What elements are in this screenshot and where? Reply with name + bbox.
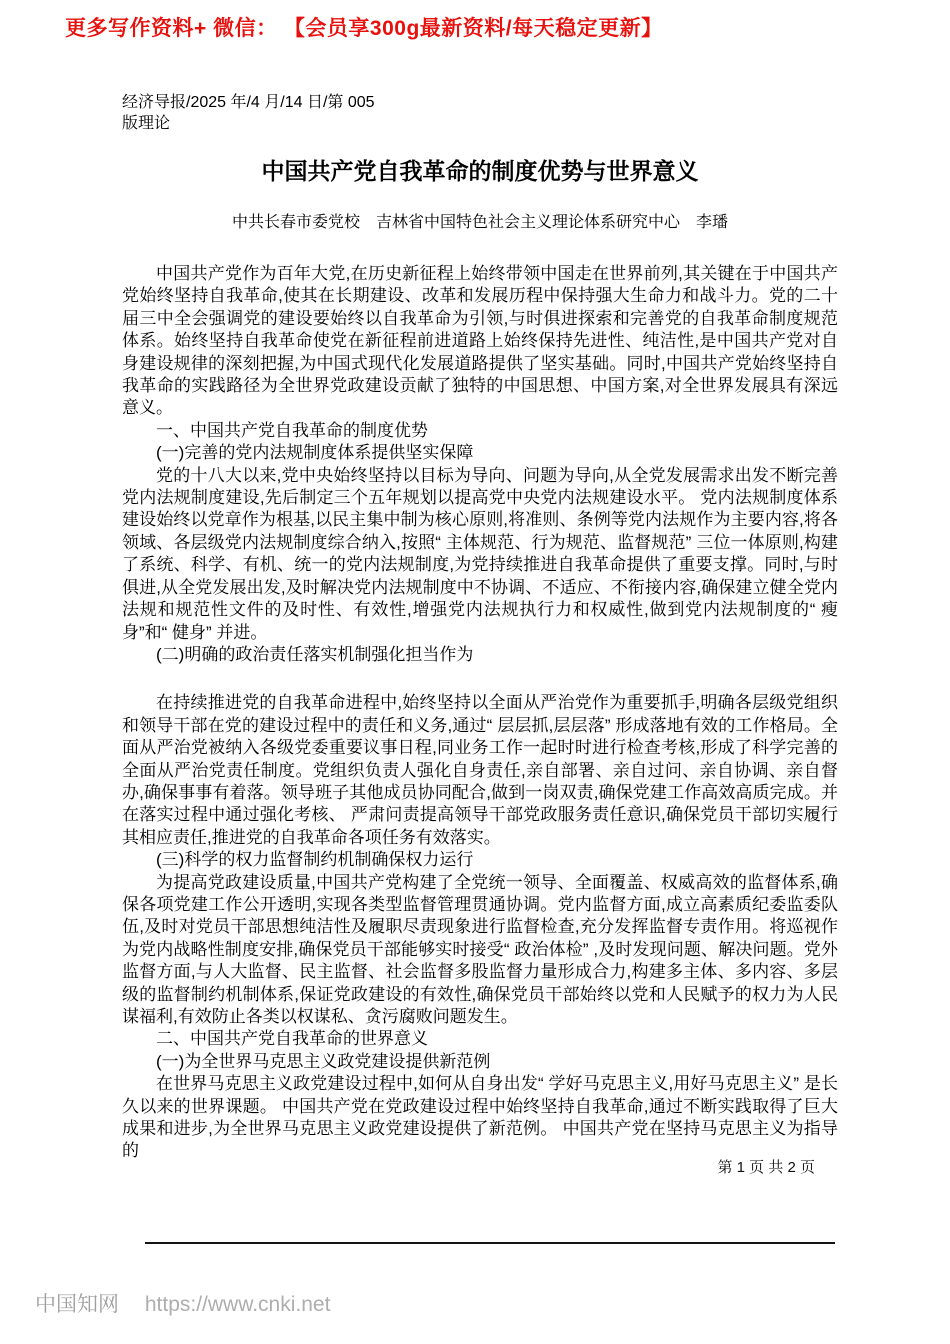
- section-heading: 二、中国共产党自我革命的世界意义: [122, 1028, 838, 1050]
- watermark-url: https://www.cnki.net: [145, 1293, 331, 1316]
- body-paragraph: 中国共产党作为百年大党,在历史新征程上始终带领中国走在世界前列,其关键在于中国共…: [122, 263, 838, 420]
- document-page: 更多写作资料+ 微信： 【会员享300g最新资料/每天稳定更新】 经济导报/20…: [0, 0, 950, 1344]
- body-paragraph: 在持续推进党的自我革命进程中,始终坚持以全面从严治党作为重要抓手,明确各层级党组…: [122, 692, 838, 849]
- article-body: 中国共产党作为百年大党,在历史新征程上始终带领中国走在世界前列,其关键在于中国共…: [122, 263, 838, 1163]
- publication-source-line: 经济导报/2025 年/4 月/14 日/第 005: [122, 92, 838, 113]
- section-heading: (一)为全世界马克思主义政党建设提供新范例: [122, 1051, 838, 1073]
- article-byline: 中共长春市委党校 吉林省中国特色社会主义理论体系研究中心 李璠: [122, 212, 838, 233]
- section-heading: (一)完善的党内法规制度体系提供坚实保障: [122, 442, 838, 464]
- watermark: 中国知网 https://www.cnki.net: [35, 1288, 330, 1318]
- section-heading: (二)明确的政治责任落实机制强化担当作为: [122, 644, 838, 666]
- body-paragraph: 为提高党政建设质量,中国共产党构建了全党统一领导、全面覆盖、权威高效的监督体系,…: [122, 872, 838, 1029]
- body-paragraph: 在世界马克思主义政党建设过程中,如何从自身出发“ 学好马克思主义,用好马克思主义…: [122, 1073, 838, 1163]
- paragraph-spacer: [122, 666, 838, 692]
- footer-divider-line: [145, 1242, 835, 1244]
- publication-section-line: 版理论: [122, 113, 838, 134]
- section-heading: (三)科学的权力监督制约机制确保权力运行: [122, 849, 838, 871]
- body-paragraph: 党的十八大以来,党中央始终坚持以目标为导向、问题为导向,从全党发展需求出发不断完…: [122, 465, 838, 644]
- section-heading: 一、中国共产党自我革命的制度优势: [122, 420, 838, 442]
- publication-meta: 经济导报/2025 年/4 月/14 日/第 005 版理论: [122, 92, 838, 134]
- watermark-site-name: 中国知网: [35, 1293, 119, 1316]
- content-column: 经济导报/2025 年/4 月/14 日/第 005 版理论 中国共产党自我革命…: [122, 92, 838, 1163]
- article-title: 中国共产党自我革命的制度优势与世界意义: [122, 156, 838, 186]
- promo-banner-text: 更多写作资料+ 微信： 【会员享300g最新资料/每天稳定更新】: [65, 12, 663, 42]
- page-number-indicator: 第 1 页 共 2 页: [122, 1156, 838, 1177]
